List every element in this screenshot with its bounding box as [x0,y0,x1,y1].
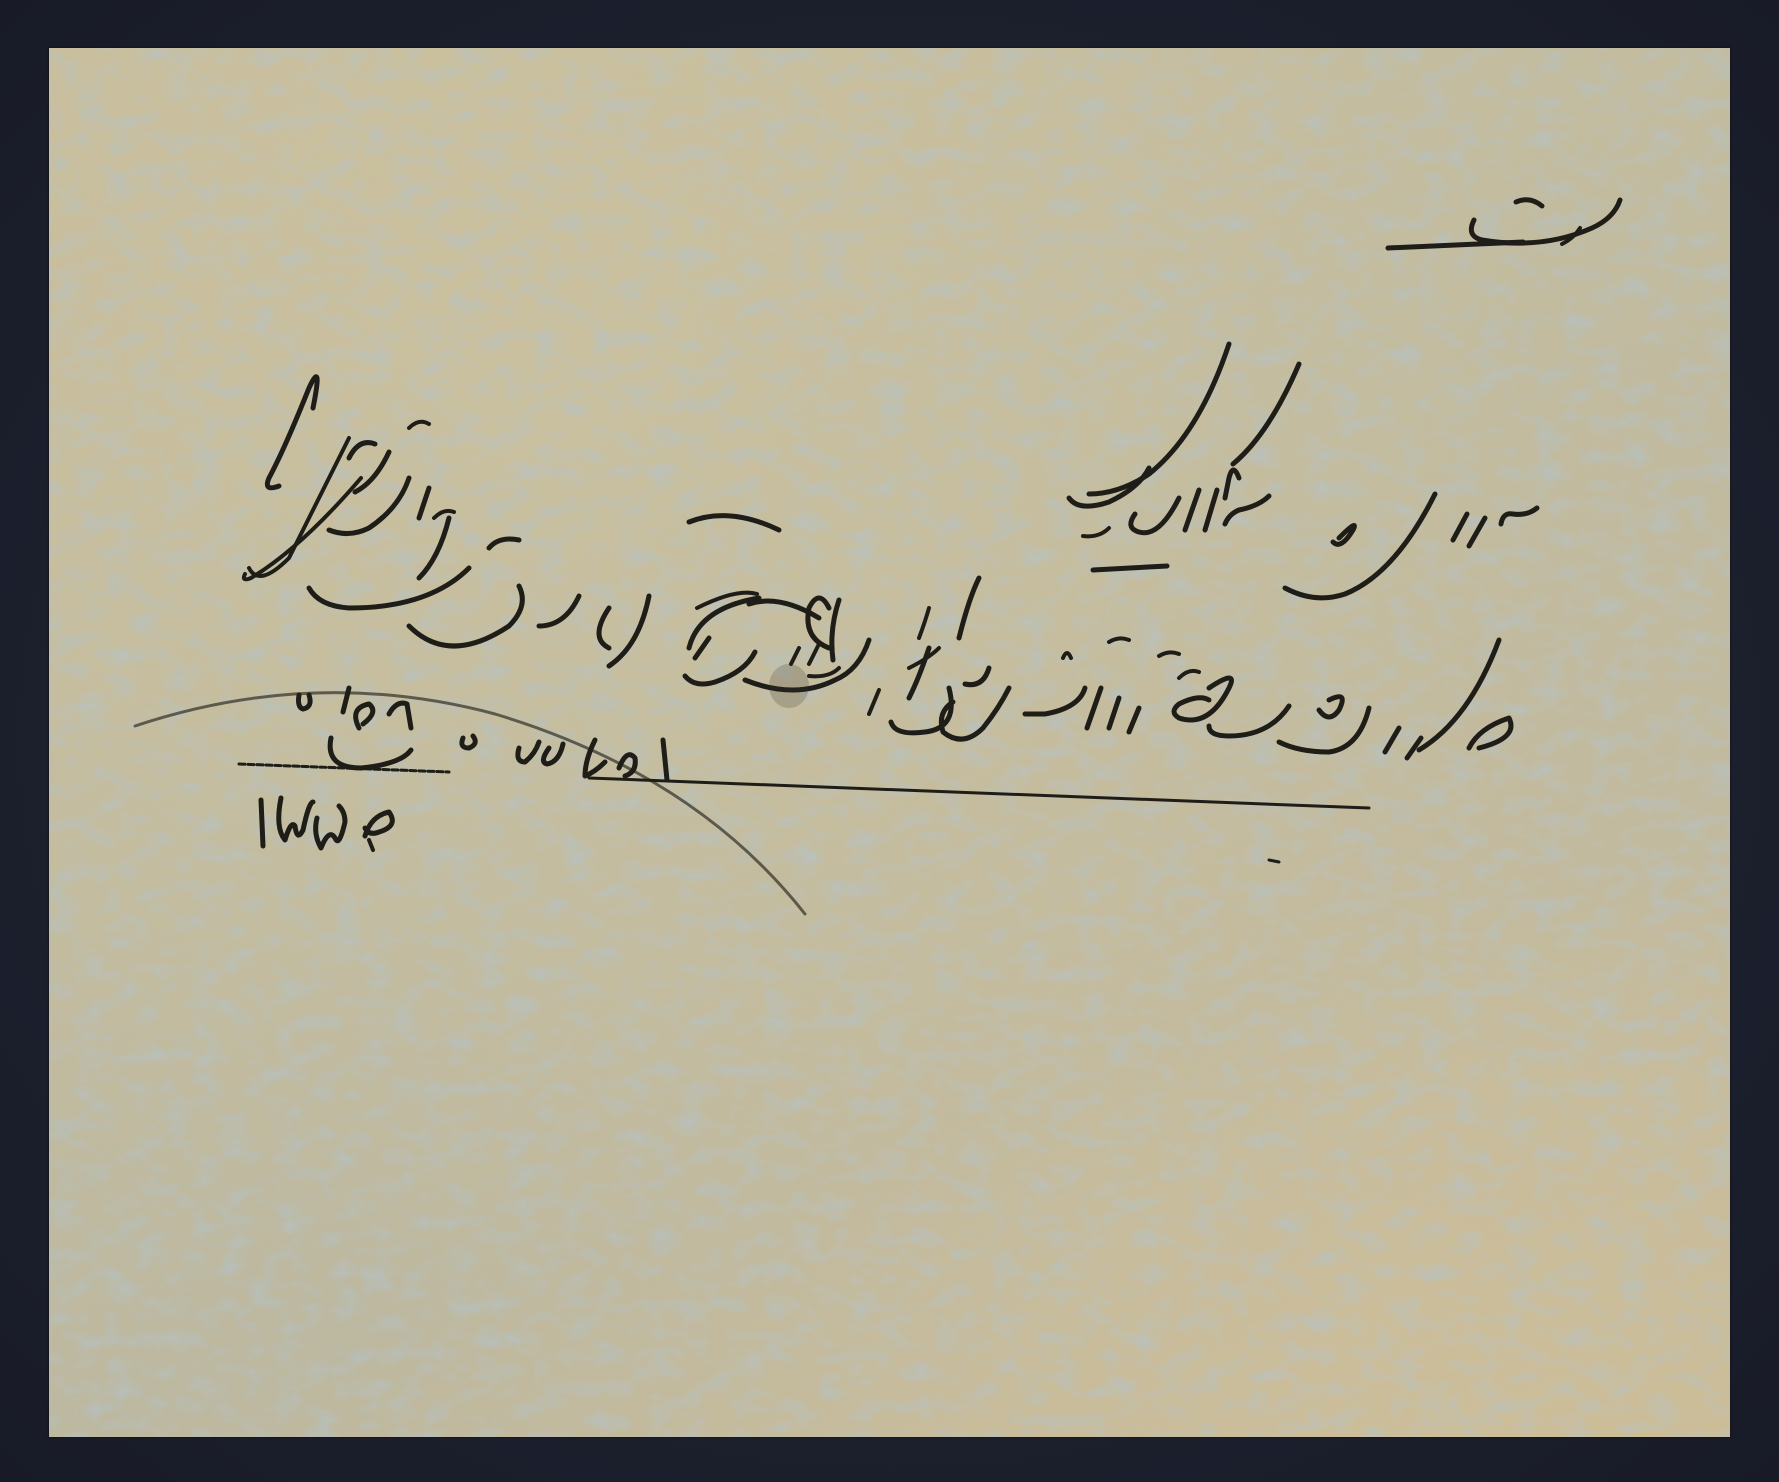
body-line-text: حضور مبارک جناب حاجی آقا شرف الدین حاجی … [669,668,1134,693]
heading-text: رشت [1389,198,1440,223]
number-line-text: ۲۲۸ ۲ ۲ ۲ ۱۲۸۱ [289,698,435,723]
address-line-1 [1069,344,1537,598]
envelope-paper: رشت سرکار حاجی میرزا احمد کوچک آقا سید ا… [49,48,1730,1437]
address-line-2-text: آقا سید ابوالقاسم آقا اربابی تعدیم [309,508,618,533]
address-line-1-text: سرکار حاجی میرزا احمد کوچک [1069,478,1354,503]
year-text: ۱۳۳۰ [259,798,306,823]
body-line [685,638,1511,758]
